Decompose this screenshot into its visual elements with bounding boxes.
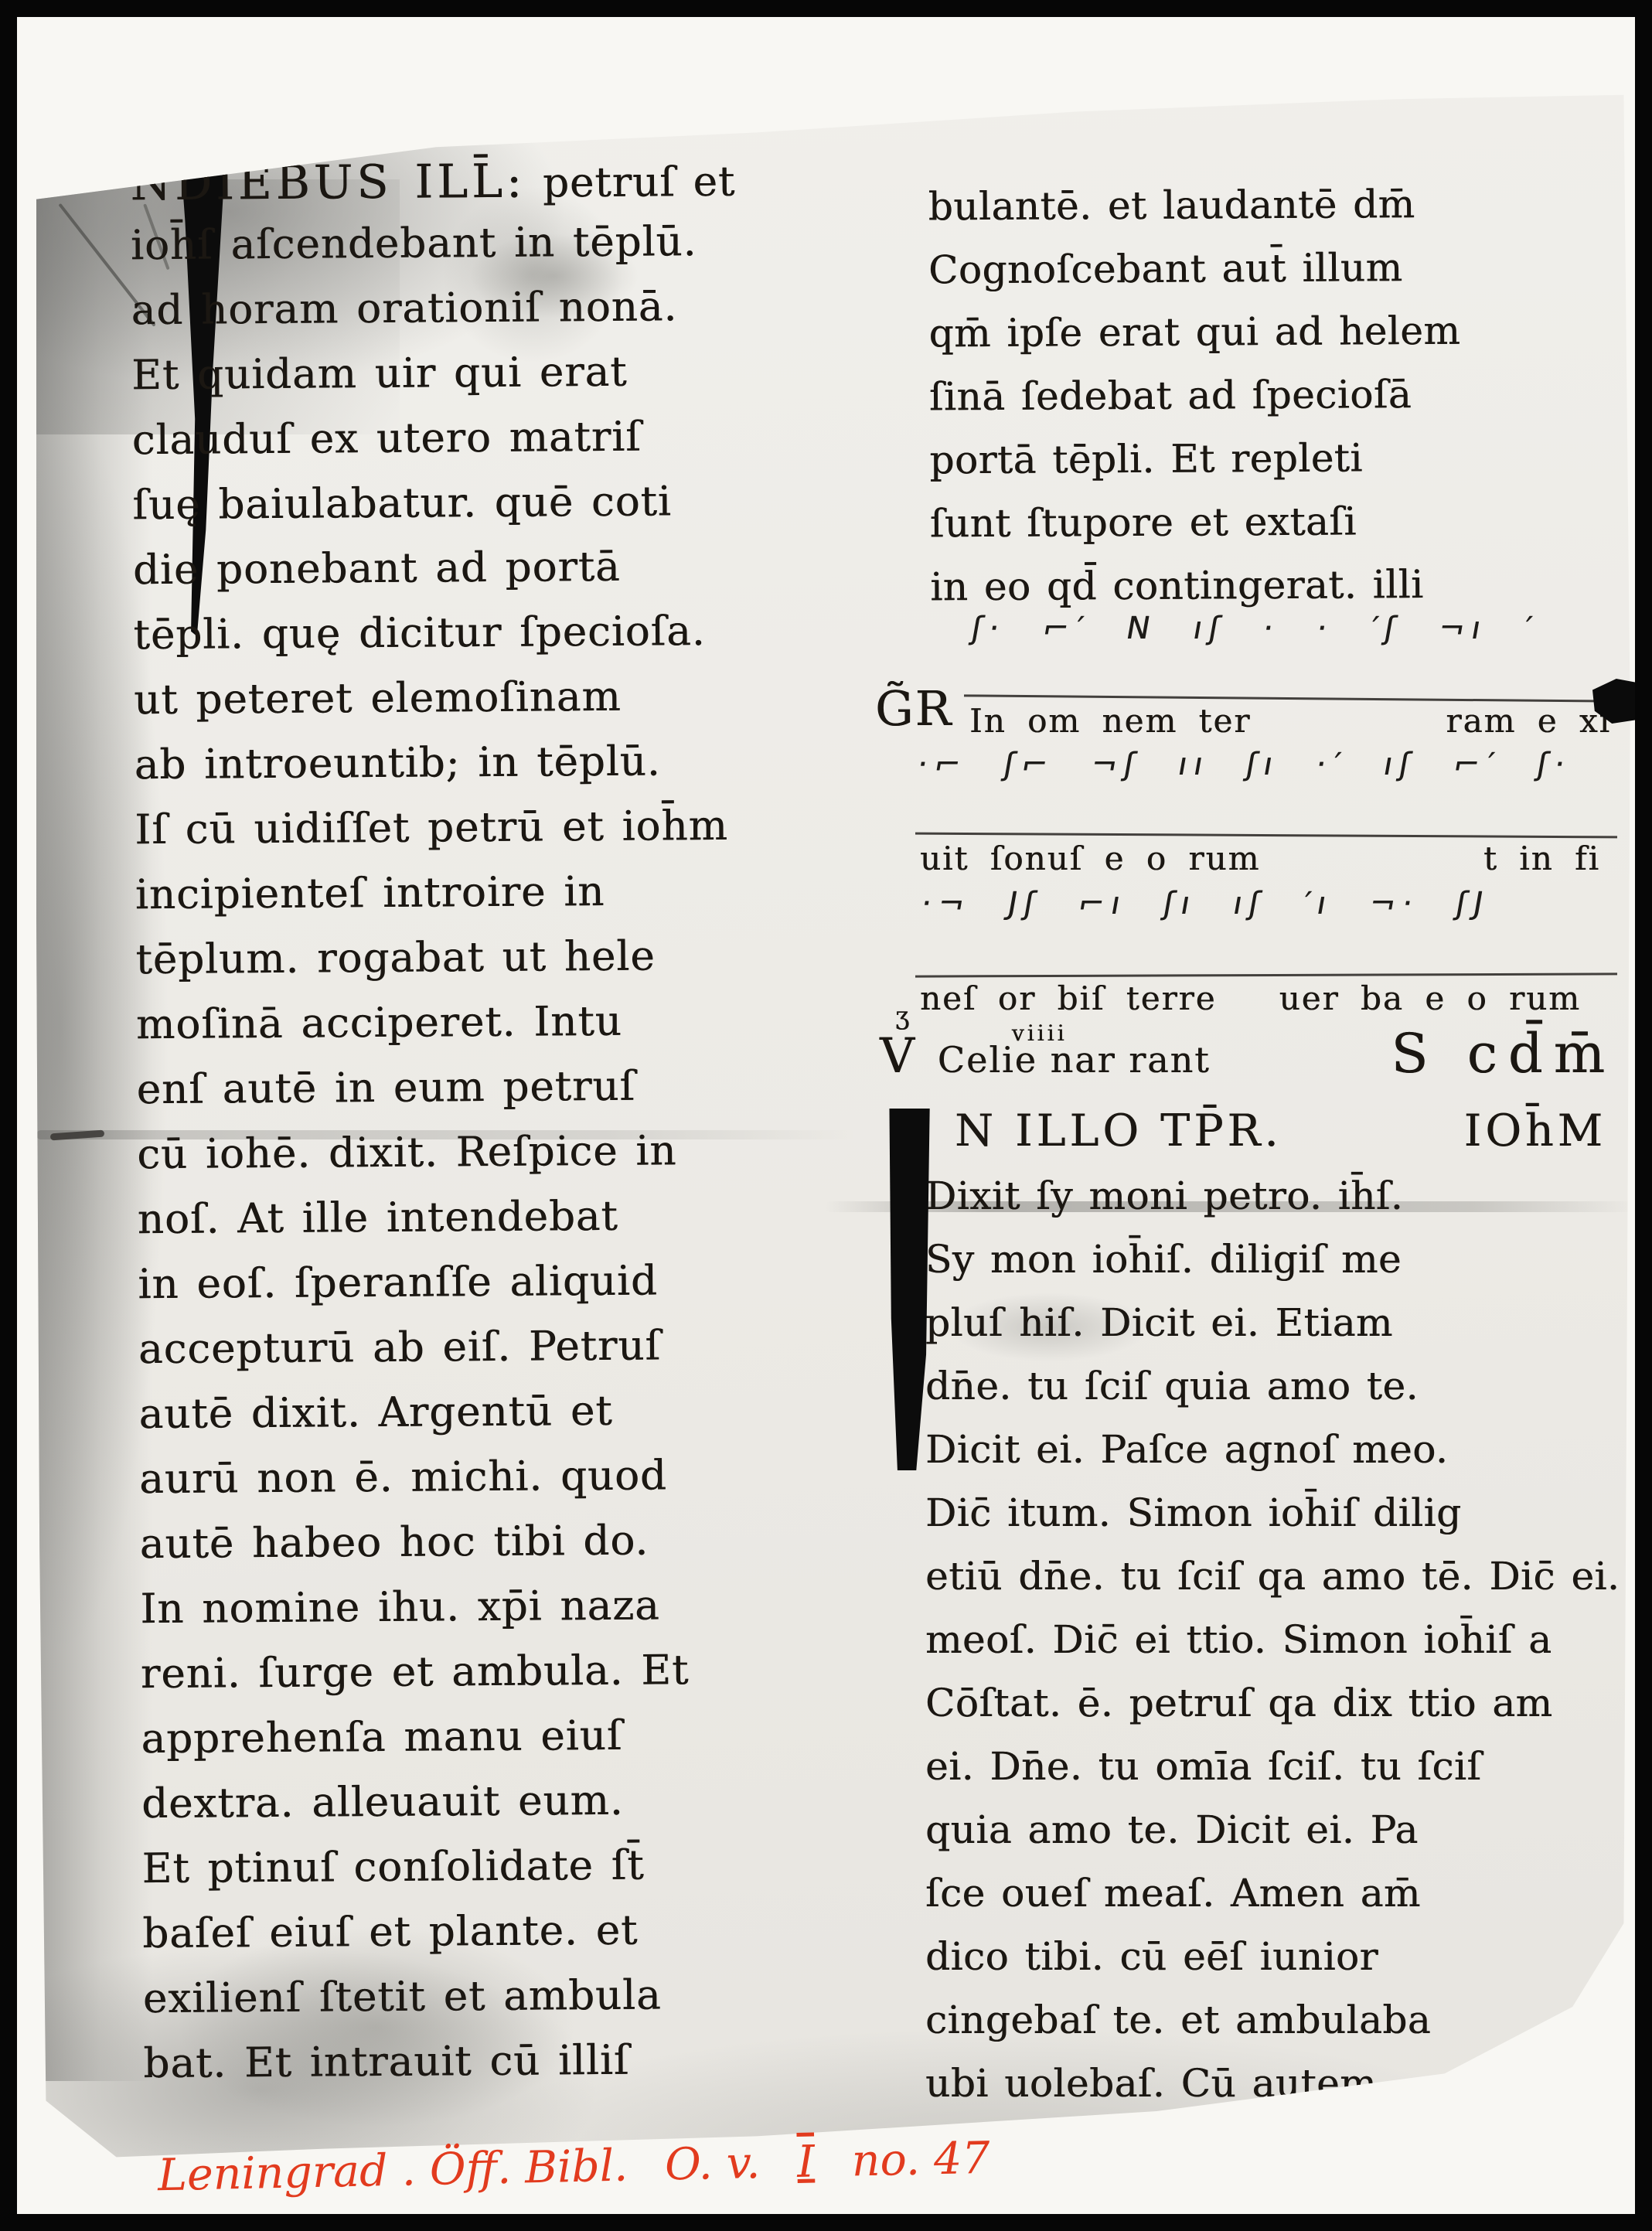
chant-syllables: uit ſonuſ e o rum bbox=[920, 840, 1260, 877]
manuscript-line: meoſ. Dic̄ ei ttio. Simon ioh̄iſ a bbox=[925, 1617, 1633, 1681]
manuscript-line: moſinā acciperet. Intu bbox=[136, 996, 844, 1066]
manuscript-line: ſunt ſtupore et extaſi bbox=[930, 498, 1633, 565]
neumes-row: ·⌐ ʃ⌐ ¬ʃ ıı ʃı ·′ ıʃ ⌐′ ʃ· bbox=[915, 747, 1575, 782]
manuscript-line: Dic̄ itum. Simon ioh̄iſ dilig bbox=[925, 1490, 1633, 1554]
manuscript-line: incipienteſ introire in bbox=[135, 867, 843, 936]
manuscript-line: Dixit ſy moni petro. ih̄ſ. bbox=[925, 1173, 1633, 1237]
manuscript-line: cingebaſ te. et ambulaba bbox=[925, 1998, 1633, 2061]
manuscript-line: exilienſ ſtetit et ambula bbox=[143, 1970, 851, 2040]
photo-frame: I NDIEBUS ILL̄:petruſ et ioh̄ſ aſcendeba… bbox=[0, 0, 1652, 2231]
incipit-rest: petruſ et bbox=[543, 158, 736, 207]
manuscript-line: ioh̄ſ aſcendebant in tēplū. bbox=[131, 217, 839, 287]
gospel-incipit-line: N ILLO TP̄R. IOh̄M bbox=[955, 1105, 1633, 1173]
verse-text-wrap: viiii Celie nar rant bbox=[938, 1039, 1211, 1081]
manuscript-line: baſeſ eiuſ et plante. et bbox=[142, 1906, 850, 1975]
manuscript-line: autē dixit. Argentū et bbox=[138, 1386, 846, 1456]
manuscript-line: autē habeo hoc tibi do. bbox=[140, 1516, 848, 1586]
manuscript-line: accepturū ab eiſ. Petruſ bbox=[138, 1321, 846, 1391]
neumes-row: ʃ· ⌐′ N ıʃ · · ′ʃ ¬ı ′ bbox=[969, 611, 1541, 646]
manuscript-line: Et ptinuſ conſolidate ſt̄ bbox=[141, 1841, 850, 1910]
manuscript-line: Dicit ei. Paſce agnoſ meo. bbox=[925, 1427, 1633, 1490]
manuscript-line: tēpli. quę dicitur ſpecioſa. bbox=[133, 607, 841, 676]
chant-syllables: t in fi bbox=[1483, 840, 1600, 877]
manuscript-line: NDIEBUS ILL̄:petruſ et bbox=[130, 152, 838, 222]
neume-mark: ʒ bbox=[895, 1001, 909, 1030]
manuscript-line: Cōſtat. ē. petruſ qa dix ttio am bbox=[925, 1681, 1633, 1744]
chant-syllables: neſ or biſ terre bbox=[920, 979, 1216, 1017]
manuscript-line: dn̄e. tu ſciſ quia amo te. bbox=[925, 1364, 1633, 1427]
manuscript-line: clauduſ ex utero matriſ bbox=[132, 412, 840, 482]
gospel-incipit-capitals: N ILLO TP̄R. bbox=[955, 1105, 1282, 1173]
manuscript-line: etiū dn̄e. tu ſciſ qa amo tē. Dic̄ ei. bbox=[925, 1554, 1633, 1617]
manuscript-line: Iſ cū uidiſſet petrū et ioh̄m bbox=[135, 802, 843, 871]
manuscript-line: ſuę baiulabatur. quē coti bbox=[132, 477, 840, 547]
manuscript-line: enſ autē in eum petruſ bbox=[136, 1061, 844, 1131]
right-text-column-top: bulantē. et laudantē dm̄ Cognoſcebant au… bbox=[928, 181, 1634, 628]
gospel-incipit-iohm: IOh̄M bbox=[1464, 1105, 1606, 1173]
chant-text-line: neſ or biſ terre uer ba e o rum bbox=[920, 979, 1581, 1017]
manuscript-line: ad horam orationiſ nonā. bbox=[131, 282, 839, 352]
chant-syllables: ram e xi bbox=[1446, 702, 1611, 740]
manuscript-line: bulantē. et laudantē dm̄ bbox=[928, 181, 1632, 248]
manuscript-line: apprehenſa manu eiuſ bbox=[141, 1711, 849, 1780]
annotation-shelfmark: O. v. bbox=[664, 2137, 761, 2191]
manuscript-line: dextra. alleuauit eum. bbox=[141, 1776, 850, 1845]
photograph-paper: I NDIEBUS ILL̄:petruſ et ioh̄ſ aſcendeba… bbox=[17, 17, 1635, 2214]
manuscript-line: bat. Et intrauit cū illiſ bbox=[143, 2035, 851, 2105]
manuscript-line: in eoſ. ſperanſſe aliquid bbox=[138, 1256, 846, 1326]
neumes-row: ·¬ Jʃ ⌐ı ʃı ıʃ ′ı ¬· ʃJ bbox=[918, 886, 1493, 921]
staff-line bbox=[915, 833, 1617, 839]
annotation-roman-numeral: I bbox=[797, 2136, 816, 2187]
verse-label-wrap: ʒ V bbox=[880, 1027, 915, 1084]
annotation-library: Leningrad . Öff. Bibl. bbox=[157, 2141, 628, 2202]
chant-text-line: uit ſonuſ e o rum t in fi bbox=[920, 840, 1600, 877]
manuscript-line: ei. Dn̄e. tu omīa ſciſ. tu ſciſ bbox=[925, 1744, 1633, 1807]
manuscript-line: Cognoſcebant aut̄ illum bbox=[928, 244, 1632, 312]
manuscript-line: dico tibi. cū eēſ iunior bbox=[925, 1934, 1633, 1998]
gospel-section: I N ILLO TP̄R. IOh̄M Dixit ſy moni petro… bbox=[887, 1105, 1633, 2124]
margin-mark bbox=[50, 1130, 104, 1141]
manuscript-line: reni. ſurge et ambula. Et bbox=[141, 1646, 849, 1715]
manuscript-line: tēplum. rogabat ut hele bbox=[135, 932, 843, 1001]
verse-line: ʒ V viiii Celie nar rant S cd̄m̄ bbox=[880, 1022, 1626, 1085]
chant-syllables: uer ba e o rum bbox=[1279, 979, 1581, 1017]
verse-label: V bbox=[880, 1027, 915, 1084]
staff-line bbox=[915, 972, 1617, 977]
manuscript-line: qm̄ ipſe erat qui ad helem bbox=[928, 308, 1632, 375]
manuscript-page: I NDIEBUS ILL̄:petruſ et ioh̄ſ aſcendeba… bbox=[36, 87, 1635, 2174]
manuscript-line: Sy mon ioh̄iſ. diligiſ me bbox=[925, 1237, 1633, 1300]
manuscript-line: quia amo te. Dicit ei. Pa bbox=[925, 1807, 1633, 1871]
manuscript-line: pluſ hiſ. Dicit ei. Etiam bbox=[925, 1300, 1633, 1364]
manuscript-line: ſinā ſedebat ad ſpecioſā bbox=[929, 371, 1633, 438]
manuscript-line: In nomine ihu. xp̄i naza bbox=[140, 1581, 848, 1650]
manuscript-line: ubi uolebaſ. Cū autem bbox=[925, 2061, 1633, 2124]
manuscript-line: portā tēpli. Et repleti bbox=[929, 434, 1633, 502]
verse-superscript: viiii bbox=[1012, 1020, 1068, 1046]
manuscript-line: Et quidam uir qui erat bbox=[131, 347, 840, 417]
left-text-column: NDIEBUS ILL̄:petruſ et ioh̄ſ aſcendebant… bbox=[130, 152, 851, 2105]
manuscript-line: ſce oueſ meaſ. Amen am̄ bbox=[925, 1871, 1633, 1934]
manuscript-line: aurū non ē. michi. quod bbox=[139, 1451, 847, 1521]
manuscript-line: die ponebant ad portā bbox=[133, 542, 841, 611]
manuscript-line: noſ. At ille intendebat bbox=[138, 1191, 846, 1261]
gospel-lines: Dixit ſy moni petro. ih̄ſ. Sy mon ioh̄iſ… bbox=[925, 1173, 1633, 2124]
manuscript-line: ab introeuntib; in tēplū. bbox=[134, 737, 842, 806]
annotation-number: no. 47 bbox=[851, 2133, 990, 2187]
incipit-capitals: NDIEBUS ILL̄: bbox=[130, 155, 526, 212]
secundum-rubric: S cd̄m̄ bbox=[1391, 1022, 1626, 1085]
chant-text-line: In om nem ter ram e xi bbox=[969, 702, 1611, 740]
verse-text: Celie nar rant bbox=[938, 1039, 1211, 1081]
gradual-label: G̃R bbox=[875, 680, 952, 737]
chant-syllables: In om nem ter bbox=[969, 702, 1251, 740]
manuscript-line: ut peteret elemoſinam bbox=[134, 672, 842, 741]
manuscript-line: cū iohē. dixit. Reſpice in bbox=[137, 1126, 845, 1196]
